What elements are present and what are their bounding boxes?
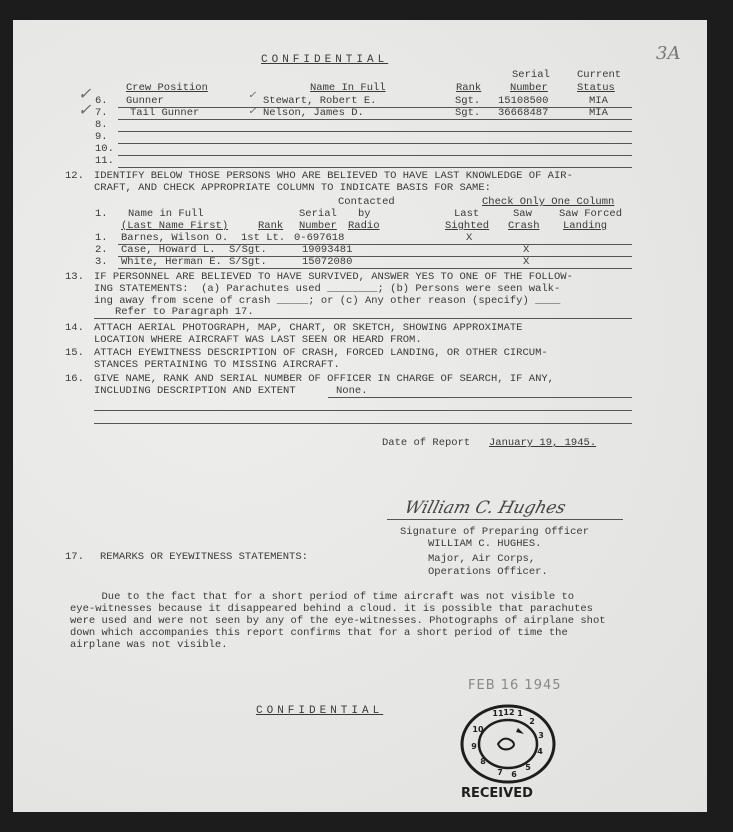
remarks-line: eye-witnesses because it disappeared beh… [70, 603, 593, 615]
witness-row-num: 3. [95, 256, 108, 268]
col-forced-1: Saw Forced [559, 208, 622, 220]
item13-text: ING STATEMENTS: (a) Parachutes used ____… [94, 283, 560, 295]
item13-text: IF PERSONNEL ARE BELIEVED TO HAVE SURVIV… [94, 271, 573, 283]
report-date-value: January 19, 1945. [489, 437, 596, 449]
col-name-2: (Last Name First) [121, 220, 228, 232]
report-date-label: Date of Report [382, 437, 470, 449]
remarks-line: airplane was not visible. [70, 639, 228, 651]
col-radio-3: Radio [348, 220, 380, 232]
crew-row-num: 10. [95, 143, 114, 155]
crew-row-status: MIA [589, 107, 608, 119]
officer-title: Operations Officer. [428, 566, 548, 578]
item16-text: INCLUDING DESCRIPTION AND EXTENT [94, 385, 296, 397]
classification-header: CONFIDENTIAL [261, 54, 388, 66]
witness-row-serial: 0-697618 [294, 232, 344, 244]
col-serial-2: Number [299, 220, 337, 232]
document-page [13, 20, 707, 812]
header-rank: Rank [456, 82, 481, 94]
item-number: 17. [65, 551, 84, 563]
header-name: Name In Full [310, 82, 386, 94]
crew-row-rank: Sgt. [455, 107, 480, 119]
witness-row-name: White, Herman E. [121, 256, 222, 268]
svg-text:3: 3 [538, 731, 544, 740]
received-clock-stamp-icon: 11121 234 567 8910 [460, 704, 556, 784]
crew-row-status: MIA [589, 95, 608, 107]
answer-rule [94, 410, 632, 411]
header-status-2: Status [577, 82, 615, 94]
crew-row-rank: Sgt. [455, 95, 480, 107]
item-number: 15. [65, 347, 84, 359]
witness-row-name: Barnes, Wilson O. [121, 232, 228, 244]
remarks-line: were used and were not seen by any of th… [70, 615, 606, 627]
signature-rule [387, 519, 623, 520]
svg-text:12: 12 [503, 708, 514, 717]
svg-text:8: 8 [480, 757, 486, 766]
check-one-header: Check Only One Column [482, 196, 614, 208]
signature-caption: Signature of Preparing Officer [400, 526, 589, 538]
check-mark-icon: ✓ [78, 88, 91, 100]
handwritten-signature: William C. Hughes [402, 498, 568, 518]
item12-text: CRAFT, AND CHECK APPROPRIATE COLUMN TO I… [94, 182, 491, 194]
crew-row-num: 6. [95, 95, 108, 107]
row-rule [118, 155, 632, 156]
item-number: 13. [65, 271, 84, 283]
witness-row-saw-crash: X [523, 256, 529, 268]
item-number: 14. [65, 322, 84, 334]
col-radio-2: by [358, 208, 371, 220]
item15-text: ATTACH EYEWITNESS DESCRIPTION OF CRASH, … [94, 347, 548, 359]
row-rule [118, 167, 632, 168]
remarks-line: Due to the fact that for a short period … [70, 591, 574, 603]
row-rule [118, 268, 632, 269]
crew-row-serial: 36668487 [498, 107, 548, 119]
col-last-2: Sighted [445, 220, 489, 232]
crew-row-name: Nelson, James D. [263, 107, 364, 119]
witness-row-rank: S/Sgt. [229, 244, 267, 256]
received-stamp-date: FEB 16 1945 [468, 680, 562, 692]
crew-row-num: 7. [95, 107, 108, 119]
classification-footer: CONFIDENTIAL [256, 705, 383, 717]
item17-label: REMARKS OR EYEWITNESS STATEMENTS: [100, 551, 308, 563]
witness-row-serial: 15072080 [302, 256, 352, 268]
crew-row-serial: 15108500 [498, 95, 548, 107]
col-last-1: Last [454, 208, 479, 220]
item15-text: STANCES PERTAINING TO MISSING AIRCRAFT. [94, 359, 340, 371]
officer-rank: Major, Air Corps, [428, 553, 535, 565]
svg-text:5: 5 [525, 763, 531, 772]
witness-row-rank: S/Sgt. [229, 256, 267, 268]
crew-row-position: Gunner [126, 95, 164, 107]
svg-text:2: 2 [529, 717, 535, 726]
svg-text:9: 9 [471, 742, 477, 751]
item14-text: LOCATION WHERE AIRCRAFT WAS LAST SEEN OR… [94, 334, 422, 346]
witness-row-rank: 1st Lt. [241, 232, 285, 244]
witness-row-saw-crash: X [523, 244, 529, 256]
check-mark-icon: ✓ [248, 90, 256, 102]
col-idx: 1. [95, 208, 108, 220]
row-rule [118, 119, 632, 120]
received-stamp-label: RECEIVED [461, 786, 533, 801]
col-crash-1: Saw [513, 208, 532, 220]
witness-row-serial: 19093481 [302, 244, 352, 256]
crew-row-num: 9. [95, 131, 108, 143]
col-radio-1: Contacted [338, 196, 395, 208]
item12-text: IDENTIFY BELOW THOSE PERSONS WHO ARE BEL… [94, 170, 573, 182]
officer-name: WILLIAM C. HUGHES. [428, 538, 541, 550]
svg-text:1: 1 [517, 709, 523, 718]
answer-rule [94, 318, 632, 319]
item-number: 16. [65, 373, 84, 385]
remarks-line: down which accompanies this report confi… [70, 627, 568, 639]
item-number: 12. [65, 170, 84, 182]
witness-row-num: 2. [95, 244, 108, 256]
col-forced-2: Landing [563, 220, 607, 232]
svg-text:7: 7 [497, 768, 503, 777]
col-crash-2: Crash [508, 220, 540, 232]
witness-row-num: 1. [95, 232, 108, 244]
header-status-1: Current [577, 69, 621, 81]
header-serial-2: Number [510, 82, 548, 94]
item16-answer: None. [336, 385, 368, 397]
col-rank: Rank [258, 220, 283, 232]
crew-row-name: Stewart, Robert E. [263, 95, 376, 107]
check-mark-icon: ✓ [78, 104, 91, 116]
witness-row-name: Case, Howard L. [121, 244, 216, 256]
header-serial-1: Serial [512, 69, 550, 81]
item16-text: GIVE NAME, RANK AND SERIAL NUMBER OF OFF… [94, 373, 554, 385]
page-marker: 3A [656, 44, 680, 64]
item13-answer: Refer to Paragraph 17. [115, 306, 254, 318]
svg-text:11: 11 [492, 709, 504, 718]
svg-text:10: 10 [472, 725, 484, 734]
header-crew-position: Crew Position [126, 82, 208, 94]
svg-text:4: 4 [537, 747, 543, 756]
row-rule [118, 143, 632, 144]
col-name-1: Name in Full [128, 208, 204, 220]
answer-rule [94, 423, 632, 424]
crew-row-position: Tail Gunner [130, 107, 199, 119]
answer-rule [328, 397, 632, 398]
crew-row-num: 8. [95, 119, 108, 131]
crew-row-num: 11. [95, 155, 114, 167]
row-rule [118, 131, 632, 132]
item14-text: ATTACH AERIAL PHOTOGRAPH, MAP, CHART, OR… [94, 322, 522, 334]
svg-text:6: 6 [511, 770, 517, 779]
witness-row-last-sighted: X [466, 232, 472, 244]
col-serial-1: Serial [299, 208, 337, 220]
